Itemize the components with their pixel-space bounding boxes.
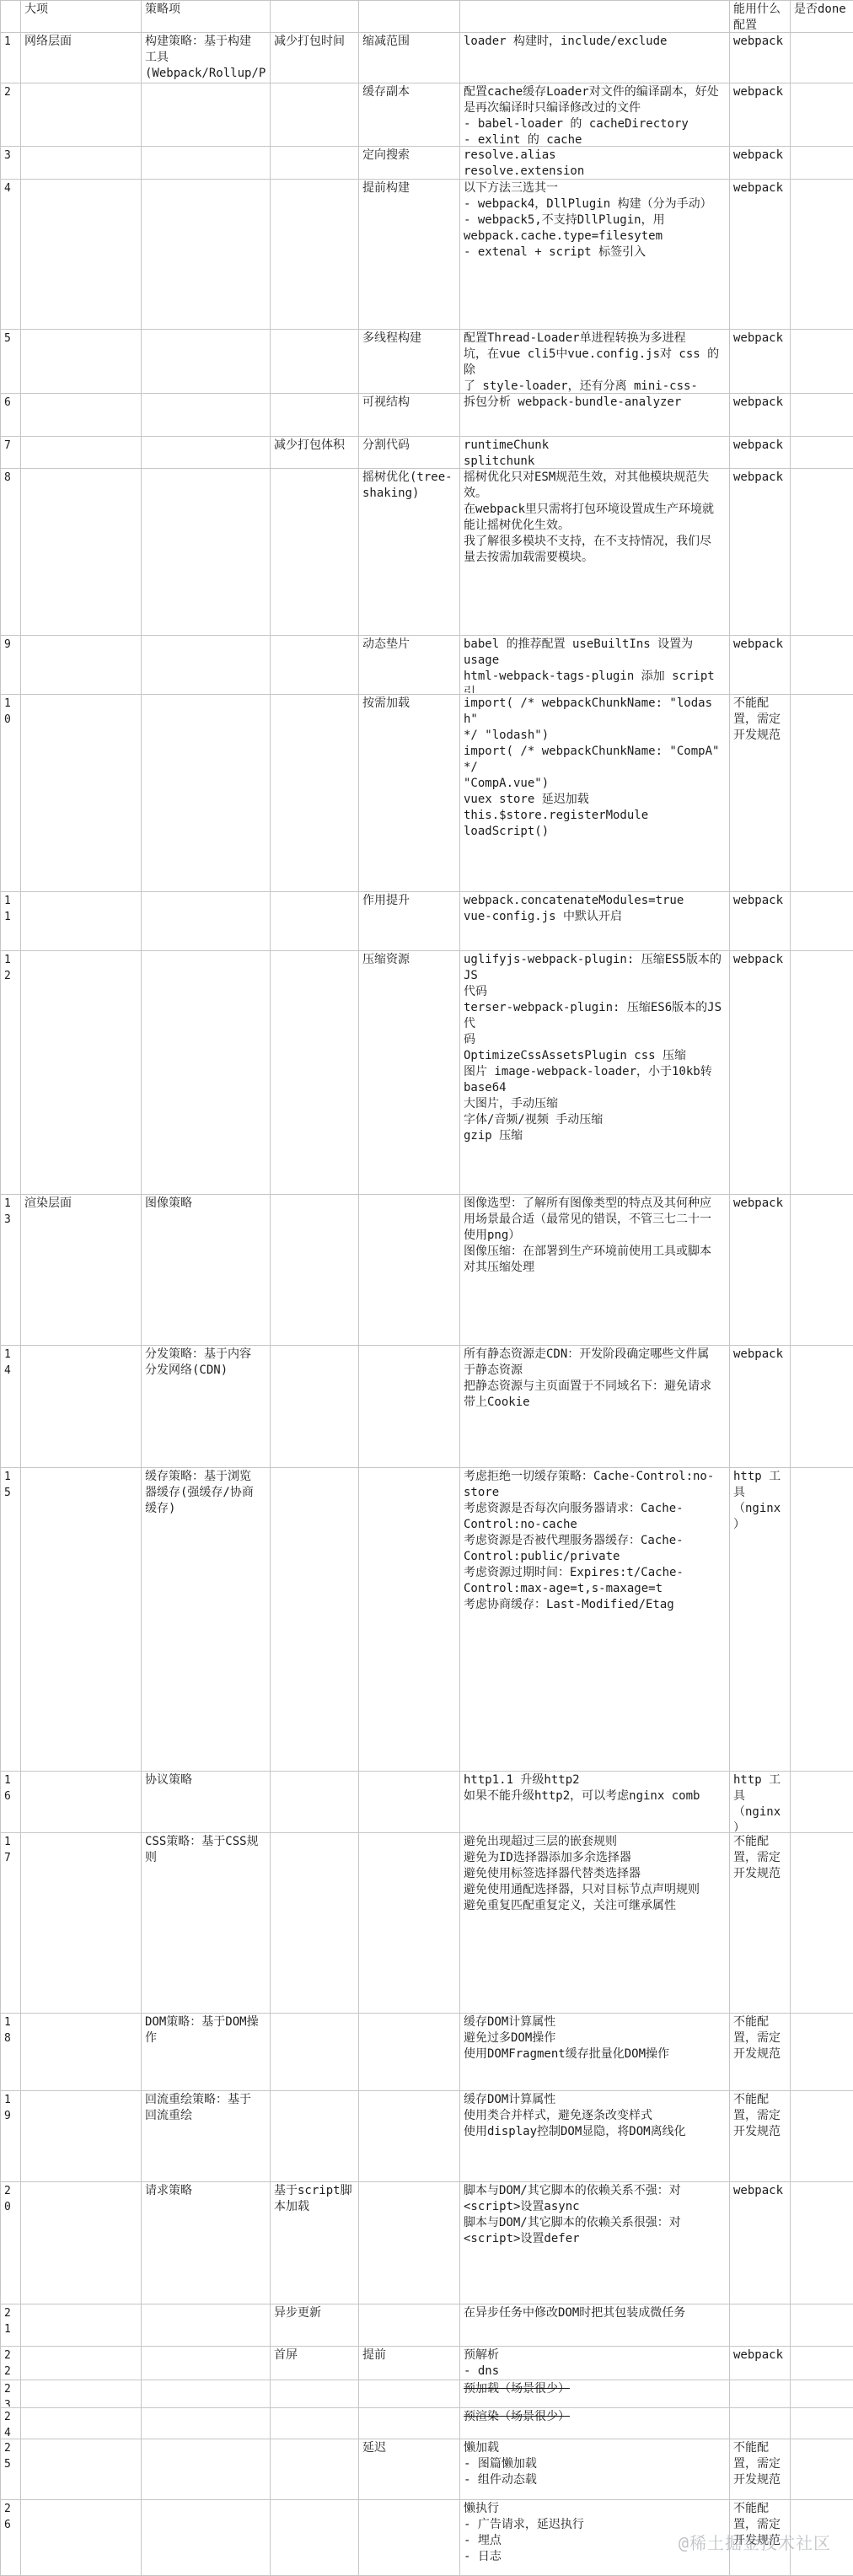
table-row: 5 多线程构建 配置Thread-Loader单进程转换为多进程 坑，在vue … [1,330,853,394]
description-cell[interactable]: resolve.alias resolve.extension [460,147,730,180]
subcategory-cell[interactable] [271,394,359,437]
measure-cell[interactable]: 定向搜索 [359,147,460,180]
measure-cell[interactable] [359,2182,460,2304]
strategy-item-cell[interactable]: 分发策略：基于内容 分发网络(CDN) [142,1346,271,1468]
table-row: 20 请求策略 基于script脚 本加载 脚本与DOM/其它脚本的依赖关系不强… [1,2182,853,2304]
done-cell[interactable] [791,2380,853,2408]
config-cell[interactable]: 不能配 置，需定 开发规范 [730,2091,791,2182]
config-cell[interactable]: webpack [730,33,791,83]
table-row: 3 定向搜索 resolve.alias resolve.extension w… [1,147,853,180]
row-number-cell[interactable]: 24 [1,2408,21,2439]
table-row: 13 渲染层面 图像策略 图像选型：了解所有图像类型的特点及其何种应 用场景最合… [1,1195,853,1346]
row-number-cell[interactable]: 11 [1,892,21,951]
major-category-cell[interactable] [21,2439,142,2500]
major-category-cell[interactable] [21,469,142,636]
major-category-cell[interactable] [21,394,142,437]
row-number-cell[interactable]: 15 [1,1468,21,1772]
done-cell[interactable] [791,2500,853,2576]
strategy-item-cell[interactable] [142,695,271,892]
strategy-item-cell[interactable] [142,469,271,636]
strategy-item-cell[interactable] [142,394,271,437]
description-cell[interactable]: 预渲染（场景很少） [460,2408,730,2439]
description-cell[interactable]: loader 构建时，include/exclude [460,33,730,83]
table-row: 14 分发策略：基于内容 分发网络(CDN) 所有静态资源走CDN：开发阶段确定… [1,1346,853,1468]
row-number-cell[interactable]: 23 [1,2380,21,2408]
subcategory-cell[interactable] [271,2014,359,2091]
description-cell[interactable]: webpack.concatenateModules=true vue-conf… [460,892,730,951]
measure-cell[interactable]: 延迟 [359,2439,460,2500]
subcategory-cell[interactable] [271,2091,359,2182]
row-number-cell[interactable]: 3 [1,147,21,180]
done-cell[interactable] [791,147,853,180]
strategy-item-cell[interactable] [142,2408,271,2439]
config-cell[interactable]: http 工 具 （nginx ） [730,1772,791,1833]
strategy-item-cell[interactable] [142,330,271,394]
config-cell[interactable]: webpack [730,1346,791,1468]
header-major-category: 大项 [21,1,142,33]
done-cell[interactable] [791,1195,853,1346]
config-cell[interactable]: webpack [730,892,791,951]
row-number-cell[interactable]: 26 [1,2500,21,2576]
measure-cell[interactable]: 提前构建 [359,180,460,330]
done-cell[interactable] [791,2439,853,2500]
subcategory-cell[interactable] [271,147,359,180]
strategy-item-cell[interactable]: 请求策略 [142,2182,271,2304]
measure-cell[interactable] [359,2014,460,2091]
major-category-cell[interactable] [21,2408,142,2439]
done-cell[interactable] [791,83,853,147]
done-cell[interactable] [791,180,853,330]
subcategory-cell[interactable] [271,636,359,695]
done-cell[interactable] [791,437,853,469]
config-cell[interactable]: webpack [730,180,791,330]
header-row: 大项 策略项 能用什么配置 是否done [1,1,853,33]
config-cell[interactable]: webpack [730,1195,791,1346]
major-category-cell[interactable] [21,83,142,147]
table-row: 26 懒执行 - 广告请求，延迟执行 - 埋点 - 日志 不能配 置，需定 开发… [1,2500,853,2576]
description-cell[interactable]: 脚本与DOM/其它脚本的依赖关系不强：对 <script>设置async 脚本与… [460,2182,730,2304]
subcategory-cell[interactable]: 减少打包时间 [271,33,359,83]
row-number-cell[interactable]: 22 [1,2347,21,2380]
row-number-cell[interactable]: 8 [1,469,21,636]
subcategory-cell[interactable]: 基于script脚 本加载 [271,2182,359,2304]
description-cell[interactable]: 在异步任务中修改DOM时把其包装成微任务 [460,2304,730,2347]
measure-cell[interactable]: 可视结构 [359,394,460,437]
subcategory-cell[interactable]: 首屏 [271,2347,359,2380]
strategy-item-cell[interactable] [142,180,271,330]
measure-cell[interactable] [359,1772,460,1833]
row-number-cell[interactable]: 14 [1,1346,21,1468]
measure-cell[interactable] [359,2091,460,2182]
table-row: 11 作用提升 webpack.concatenateModules=true … [1,892,853,951]
table-row: 24 预渲染（场景很少） [1,2408,853,2439]
major-category-cell[interactable] [21,695,142,892]
description-cell[interactable]: 缓存DOM计算属性 避免过多DOM操作 使用DOMFragment缓存批量化DO… [460,2014,730,2091]
strategy-item-cell[interactable]: 协议策略 [142,1772,271,1833]
done-cell[interactable] [791,2182,853,2304]
config-cell[interactable]: webpack [730,636,791,695]
major-category-cell[interactable] [21,1468,142,1772]
config-cell[interactable] [730,2408,791,2439]
subcategory-cell[interactable] [271,180,359,330]
major-category-cell[interactable] [21,147,142,180]
row-number-cell[interactable]: 17 [1,1833,21,2014]
row-number-cell[interactable]: 6 [1,394,21,437]
table-row: 21 异步更新 在异步任务中修改DOM时把其包装成微任务 [1,2304,853,2347]
major-category-cell[interactable]: 渲染层面 [21,1195,142,1346]
config-cell[interactable]: 不能配 置，需定 开发规范 [730,2500,791,2576]
description-cell[interactable]: 考虑拒绝一切缓存策略：Cache-Control:no- store 考虑资源是… [460,1468,730,1772]
subcategory-cell[interactable]: 异步更新 [271,2304,359,2347]
table-row: 9 动态垫片 babel 的推荐配置 useBuiltIns 设置为 usage… [1,636,853,695]
subcategory-cell[interactable] [271,2500,359,2576]
config-cell[interactable]: 不能配 置，需定 开发规范 [730,2439,791,2500]
major-category-cell[interactable] [21,1772,142,1833]
table-row: 7 减少打包体积 分割代码 runtimeChunk splitchunk we… [1,437,853,469]
row-number-cell[interactable]: 9 [1,636,21,695]
table-body: 1 网络层面 构建策略：基于构建 工具 (Webpack/Rollup/Pa r… [1,33,853,2576]
row-number-cell[interactable]: 21 [1,2304,21,2347]
measure-cell[interactable] [359,2380,460,2408]
subcategory-cell[interactable] [271,469,359,636]
config-cell[interactable]: webpack [730,469,791,636]
done-cell[interactable] [791,469,853,636]
done-cell[interactable] [791,1346,853,1468]
row-number-cell[interactable]: 2 [1,83,21,147]
description-cell[interactable]: 避免出现超过三层的嵌套规则 避免为ID选择器添加多余选择器 避免使用标签选择器代… [460,1833,730,2014]
major-category-cell[interactable] [21,2182,142,2304]
table-row: 8 摇树优化(tree- shaking) 摇树优化只对ESM规范生效，对其他模… [1,469,853,636]
subcategory-cell[interactable] [271,892,359,951]
strategy-item-cell[interactable] [142,147,271,180]
subcategory-cell[interactable] [271,1346,359,1468]
measure-cell[interactable]: 提前 [359,2347,460,2380]
strategy-item-cell[interactable] [142,2439,271,2500]
strategy-item-cell[interactable] [142,2304,271,2347]
major-category-cell[interactable] [21,892,142,951]
description-cell[interactable]: 预解析 - dns [460,2347,730,2380]
row-number-cell[interactable]: 4 [1,180,21,330]
measure-cell[interactable] [359,1195,460,1346]
measure-cell[interactable]: 压缩资源 [359,951,460,1195]
description-cell[interactable]: 以下方法三选其一 - webpack4，DllPlugin 构建（分为手动） -… [460,180,730,330]
table-row: 19 回流重绘策略：基于 回流重绘 缓存DOM计算属性 使用类合并样式，避免逐条… [1,2091,853,2182]
strategy-item-cell[interactable] [142,83,271,147]
config-cell[interactable]: 不能配 置，需定 开发规范 [730,2014,791,2091]
strategy-item-cell[interactable] [142,437,271,469]
subcategory-cell[interactable] [271,330,359,394]
row-number-cell[interactable]: 25 [1,2439,21,2500]
description-cell[interactable]: 懒加载 - 图篇懒加载 - 组件动态载 [460,2439,730,2500]
major-category-cell[interactable] [21,951,142,1195]
table-row: 6 可视结构 拆包分析 webpack-bundle-analyzer webp… [1,394,853,437]
major-category-cell[interactable] [21,180,142,330]
done-cell[interactable] [791,892,853,951]
subcategory-cell[interactable] [271,951,359,1195]
config-cell[interactable]: webpack [730,2182,791,2304]
config-cell[interactable]: webpack [730,330,791,394]
measure-cell[interactable] [359,1346,460,1468]
major-category-cell[interactable] [21,2347,142,2380]
config-cell[interactable]: webpack [730,83,791,147]
strategy-item-cell[interactable] [142,2347,271,2380]
major-category-cell[interactable] [21,1833,142,2014]
measure-cell[interactable] [359,2500,460,2576]
description-cell[interactable]: 所有静态资源走CDN：开发阶段确定哪些文件属 于静态资源 把静态资源与主页面置于… [460,1346,730,1468]
row-number-cell[interactable]: 18 [1,2014,21,2091]
description-cell[interactable]: 拆包分析 webpack-bundle-analyzer [460,394,730,437]
subcategory-cell[interactable] [271,1468,359,1772]
measure-cell[interactable] [359,2408,460,2439]
done-cell[interactable] [791,1468,853,1772]
table-row: 17 CSS策略：基于CSS规 则 避免出现超过三层的嵌套规则 避免为ID选择器… [1,1833,853,2014]
row-number-cell[interactable]: 5 [1,330,21,394]
subcategory-cell[interactable]: 减少打包体积 [271,437,359,469]
row-number-cell[interactable]: 12 [1,951,21,1195]
strategy-item-cell[interactable]: 缓存策略：基于浏览 器缓存(强缓存/协商 缓存) [142,1468,271,1772]
subcategory-cell[interactable] [271,1772,359,1833]
done-cell[interactable] [791,2408,853,2439]
header-description [460,1,730,33]
done-cell[interactable] [791,2091,853,2182]
major-category-cell[interactable] [21,2304,142,2347]
strategy-spreadsheet: 大项 策略项 能用什么配置 是否done 1 网络层面 构建策略：基于构建 工具… [0,0,853,2576]
table-row: 12 压缩资源 uglifyjs-webpack-plugin: 压缩ES5版本… [1,951,853,1195]
header-measure [359,1,460,33]
measure-cell[interactable]: 缓存副本 [359,83,460,147]
done-cell[interactable] [791,2304,853,2347]
config-cell[interactable]: webpack [730,147,791,180]
done-cell[interactable] [791,1772,853,1833]
row-number-cell[interactable]: 7 [1,437,21,469]
config-cell[interactable] [730,2380,791,2408]
major-category-cell[interactable] [21,2014,142,2091]
header-done: 是否done [791,1,853,33]
measure-cell[interactable]: 分割代码 [359,437,460,469]
major-category-cell[interactable] [21,330,142,394]
done-cell[interactable] [791,33,853,83]
table-row: 15 缓存策略：基于浏览 器缓存(强缓存/协商 缓存) 考虑拒绝一切缓存策略：C… [1,1468,853,1772]
major-category-cell[interactable] [21,1346,142,1468]
description-cell[interactable]: 缓存DOM计算属性 使用类合并样式，避免逐条改变样式 使用display控制DO… [460,2091,730,2182]
table-row: 2 缓存副本 配置cache缓存Loader对文件的编译副本，好处 是再次编译时… [1,83,853,147]
measure-cell[interactable] [359,1833,460,2014]
subcategory-cell[interactable] [271,83,359,147]
strategy-item-cell[interactable]: CSS策略：基于CSS规 则 [142,1833,271,2014]
strategy-item-cell[interactable]: 图像策略 [142,1195,271,1346]
measure-cell[interactable] [359,1468,460,1772]
description-cell[interactable]: 配置cache缓存Loader对文件的编译副本，好处 是再次编译时只编译修改过的… [460,83,730,147]
done-cell[interactable] [791,2347,853,2380]
description-cell[interactable]: http1.1 升级http2 如果不能升级http2，可以考虑nginx co… [460,1772,730,1833]
description-cell[interactable]: uglifyjs-webpack-plugin: 压缩ES5版本的JS 代码 t… [460,951,730,1195]
done-cell[interactable] [791,951,853,1195]
done-cell[interactable] [791,636,853,695]
table-row: 1 网络层面 构建策略：基于构建 工具 (Webpack/Rollup/Pa r… [1,33,853,83]
strategy-item-cell[interactable] [142,636,271,695]
subcategory-cell[interactable] [271,2439,359,2500]
description-cell[interactable]: runtimeChunk splitchunk [460,437,730,469]
major-category-cell[interactable]: 网络层面 [21,33,142,83]
measure-cell[interactable]: 动态垫片 [359,636,460,695]
measure-cell[interactable]: 作用提升 [359,892,460,951]
strategy-item-cell[interactable] [142,892,271,951]
row-number-cell[interactable]: 13 [1,1195,21,1346]
header-strategy-item: 策略项 [142,1,271,33]
major-category-cell[interactable] [21,2091,142,2182]
config-cell[interactable]: webpack [730,437,791,469]
measure-cell[interactable] [359,2304,460,2347]
description-cell[interactable]: import( /* webpackChunkName: "lodash" */… [460,695,730,892]
major-category-cell[interactable] [21,636,142,695]
subcategory-cell[interactable] [271,2408,359,2439]
config-cell[interactable]: webpack [730,394,791,437]
config-cell[interactable]: webpack [730,951,791,1195]
config-cell[interactable]: webpack [730,2347,791,2380]
description-cell[interactable]: 预加载（场景很少） [460,2380,730,2408]
row-number-cell[interactable]: 16 [1,1772,21,1833]
description-cell[interactable]: 图像选型：了解所有图像类型的特点及其何种应 用场景最合适（最常见的错误，不管三七… [460,1195,730,1346]
subcategory-cell[interactable] [271,1195,359,1346]
strategy-table: 大项 策略项 能用什么配置 是否done 1 网络层面 构建策略：基于构建 工具… [0,0,853,2576]
major-category-cell[interactable] [21,2500,142,2576]
strategy-item-cell[interactable]: DOM策略：基于DOM操 作 [142,2014,271,2091]
measure-cell[interactable]: 缩减范围 [359,33,460,83]
done-cell[interactable] [791,330,853,394]
strategy-item-cell[interactable] [142,951,271,1195]
description-cell[interactable]: 摇树优化只对ESM规范生效，对其他模块规范失 效。 在webpack里只需将打包… [460,469,730,636]
table-row: 4 提前构建 以下方法三选其一 - webpack4，DllPlugin 构建（… [1,180,853,330]
subcategory-cell[interactable] [271,2380,359,2408]
strategy-item-cell[interactable]: 构建策略：基于构建 工具 (Webpack/Rollup/Pa rcel/Esb… [142,33,271,83]
major-category-cell[interactable] [21,2380,142,2408]
subcategory-cell[interactable] [271,1833,359,2014]
major-category-cell[interactable] [21,437,142,469]
header-config: 能用什么配置 [730,1,791,33]
done-cell[interactable] [791,394,853,437]
table-row: 23 预加载（场景很少） [1,2380,853,2408]
measure-cell[interactable]: 按需加载 [359,695,460,892]
config-cell[interactable]: 不能配 置，需定 开发规范 [730,695,791,892]
table-row: 25 延迟 懒加载 - 图篇懒加载 - 组件动态载 不能配 置，需定 开发规范 [1,2439,853,2500]
measure-cell[interactable]: 多线程构建 [359,330,460,394]
table-row: 22 首屏 提前 预解析 - dns webpack [1,2347,853,2380]
strategy-item-cell[interactable] [142,2500,271,2576]
subcategory-cell[interactable] [271,695,359,892]
description-cell[interactable]: 配置Thread-Loader单进程转换为多进程 坑，在vue cli5中vue… [460,330,730,394]
config-cell[interactable]: 不能配 置，需定 开发规范 [730,1833,791,2014]
row-number-cell[interactable]: 1 [1,33,21,83]
strategy-item-cell[interactable]: 回流重绘策略：基于 回流重绘 [142,2091,271,2182]
config-cell[interactable]: http 工 具 （nginx ） [730,1468,791,1772]
table-row: 18 DOM策略：基于DOM操 作 缓存DOM计算属性 避免过多DOM操作 使用… [1,2014,853,2091]
row-number-cell[interactable]: 19 [1,2091,21,2182]
description-cell[interactable]: 懒执行 - 广告请求，延迟执行 - 埋点 - 日志 [460,2500,730,2576]
done-cell[interactable] [791,1833,853,2014]
measure-cell[interactable]: 摇树优化(tree- shaking) [359,469,460,636]
header-corner-cell [1,1,21,33]
done-cell[interactable] [791,695,853,892]
row-number-cell[interactable]: 10 [1,695,21,892]
header-subcategory [271,1,359,33]
config-cell[interactable] [730,2304,791,2347]
table-row: 16 协议策略 http1.1 升级http2 如果不能升级http2，可以考虑… [1,1772,853,1833]
done-cell[interactable] [791,2014,853,2091]
description-cell[interactable]: babel 的推荐配置 useBuiltIns 设置为 usage html-w… [460,636,730,695]
strategy-item-cell[interactable] [142,2380,271,2408]
row-number-cell[interactable]: 20 [1,2182,21,2304]
table-row: 10 按需加载 import( /* webpackChunkName: "lo… [1,695,853,892]
